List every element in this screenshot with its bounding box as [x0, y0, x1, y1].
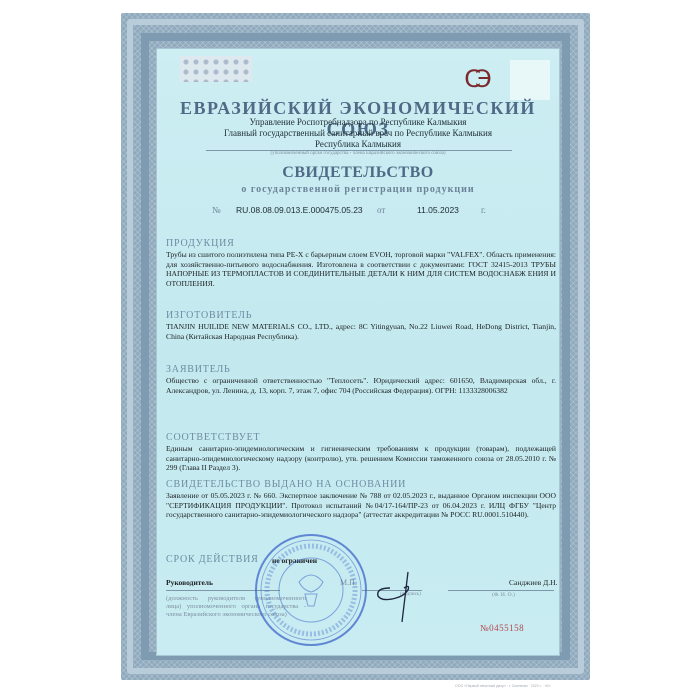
handwritten-signature-icon: [368, 566, 428, 626]
section-label: ПРОДУКЦИЯ: [166, 238, 556, 250]
name-underline: [448, 590, 554, 591]
section-body: Заявление от 05.05.2023 г. № 660. Экспер…: [166, 491, 556, 520]
section-body: Общество с ограниченной ответственностью…: [166, 376, 556, 395]
section-body: Трубы из сшитого полиэтилена типа PE-X с…: [166, 250, 556, 288]
blank-area: [510, 60, 550, 100]
official-seal-stamp-icon: [253, 532, 369, 648]
authority-caption: (уполномоченный орган государства - член…: [156, 151, 560, 156]
section-issuance-basis: СВИДЕТЕЛЬСТВО ВЫДАНО НА ОСНОВАНИИ Заявле…: [166, 479, 556, 520]
section-product: ПРОДУКЦИЯ Трубы из сшитого полиэтилена т…: [166, 238, 556, 288]
eac-se-logo-icon: СЭ: [452, 67, 498, 91]
certificate-title: СВИДЕТЕЛЬСТВО: [156, 164, 560, 182]
section-body: TIANJIN HUILIDE NEW MATERIALS CO., LTD.,…: [166, 322, 556, 341]
registration-date: 11.05.2023: [417, 205, 459, 215]
section-applicant: ЗАЯВИТЕЛЬ Общество с ограниченной ответс…: [166, 364, 556, 395]
section-label: ЗАЯВИТЕЛЬ: [166, 364, 556, 376]
printer-imprint: ООО «Первый печатный двор» · г. Смоленск…: [455, 684, 551, 688]
signatory-role: Руководитель: [166, 578, 213, 587]
section-label: ИЗГОТОВИТЕЛЬ: [166, 310, 556, 322]
hologram-security-mark: [180, 56, 252, 82]
date-label: от: [377, 205, 385, 215]
authority-line-1: Управление Роспотребнадзора по Республик…: [156, 117, 560, 128]
signatory-name: Санджиев Д.Н.: [509, 578, 557, 587]
section-body: Единым санитарно-эпидемиологическим и ги…: [166, 444, 556, 473]
validity-label: СРОК ДЕЙСТВИЯ: [166, 554, 259, 565]
registration-number-row: № RU.08.08.09.013.E.000475.05.23 от 11.0…: [156, 205, 560, 219]
year-suffix: г.: [481, 205, 486, 215]
section-manufacturer: ИЗГОТОВИТЕЛЬ TIANJIN HUILIDE NEW MATERIA…: [166, 310, 556, 341]
number-label: №: [212, 205, 221, 215]
section-label: СВИДЕТЕЛЬСТВО ВЫДАНО НА ОСНОВАНИИ: [166, 479, 556, 491]
name-caption: (Ф. И. О.): [492, 592, 515, 598]
section-label: СООТВЕТСТВУЕТ: [166, 432, 556, 444]
form-serial-number: №0455158: [480, 623, 524, 633]
certificate-subtitle: о государственной регистрации продукции: [156, 184, 560, 195]
authority-line-3: Республика Калмыкия: [156, 139, 560, 150]
registration-number: RU.08.08.09.013.E.000475.05.23: [236, 205, 363, 215]
authority-line-2: Главный государственный санитарный врач …: [156, 128, 560, 139]
section-conformity: СООТВЕТСТВУЕТ Единым санитарно-эпидемиол…: [166, 432, 556, 473]
